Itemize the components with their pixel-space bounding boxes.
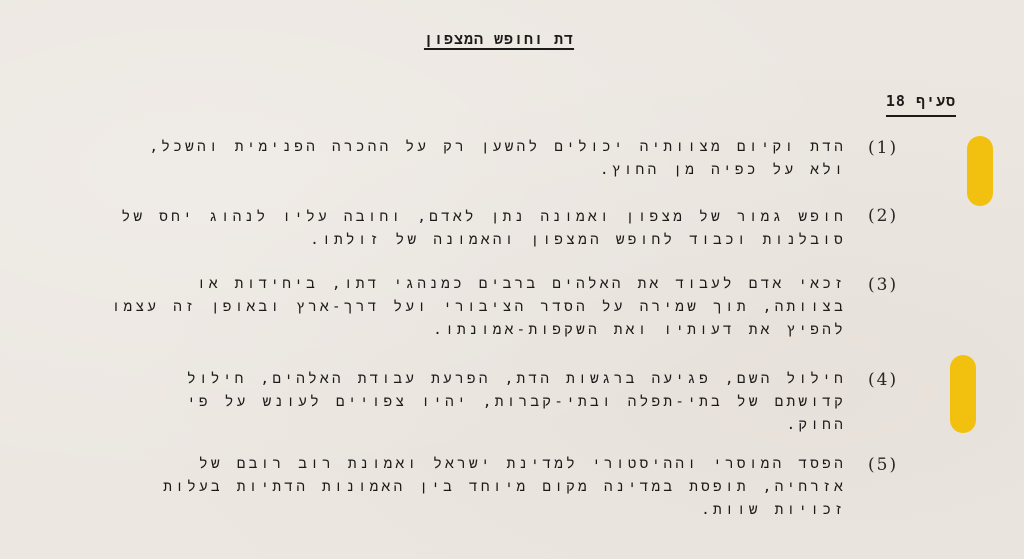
clause-number: (1) xyxy=(868,138,898,158)
clause-line: הפסד המוסרי וההיסטורי למדינת ישראל ואמונ… xyxy=(163,453,846,476)
section-heading: סעיף 18 xyxy=(886,92,956,117)
clause-line: זכויות שוות. xyxy=(163,499,846,522)
clause-text: הפסד המוסרי וההיסטורי למדינת ישראל ואמונ… xyxy=(163,453,846,522)
clause-line: ולא על כפיה מן החוץ. xyxy=(149,159,846,182)
clause-text: חופש גמור של מצפון ואמונה נתן לאדם, וחוב… xyxy=(121,206,846,252)
clause-line: להפיץ את דעותיו ואת השקפות-אמונתו. xyxy=(112,319,846,342)
highlight-marker xyxy=(967,136,993,206)
clause-number: (5) xyxy=(868,455,898,475)
document-title: דת וחופש המצפון xyxy=(383,30,615,49)
highlight-marker xyxy=(950,355,976,433)
clause-line: אזרחיה, תופסת במדינה מקום מיוחד בין האמו… xyxy=(163,476,846,499)
clause-text: זכאי אדם לעבוד את האלהים ברבים כמנהגי דת… xyxy=(112,273,846,342)
document-page: דת וחופש המצפון סעיף 18 (1) הדת וקיום מצ… xyxy=(0,0,1024,559)
clause-text: הדת וקיום מצוותיה יכולים להשען רק על ההכ… xyxy=(149,136,846,182)
clause-line: החוק. xyxy=(187,414,846,437)
clause-line: חופש גמור של מצפון ואמונה נתן לאדם, וחוב… xyxy=(121,206,846,229)
clause-number: (3) xyxy=(868,275,898,295)
clause-line: הדת וקיום מצוותיה יכולים להשען רק על ההכ… xyxy=(149,136,846,159)
clause-number: (2) xyxy=(868,206,898,226)
clause-text: חילול השם, פגיעה ברגשות הדת, הפרעת עבודת… xyxy=(187,368,846,437)
clause-line: בצוותה, תוך שמירה על הסדר הציבורי ועל דר… xyxy=(112,296,846,319)
clause-line: חילול השם, פגיעה ברגשות הדת, הפרעת עבודת… xyxy=(187,368,846,391)
clause-line: זכאי אדם לעבוד את האלהים ברבים כמנהגי דת… xyxy=(112,273,846,296)
clause-number: (4) xyxy=(868,370,898,390)
clause-line: סובלנות וכבוד לחופש המצפון והאמונה של זו… xyxy=(121,229,846,252)
clause-line: קדושתם של בתי-תפלה ובתי-קברות, יהיו צפוי… xyxy=(187,391,846,414)
